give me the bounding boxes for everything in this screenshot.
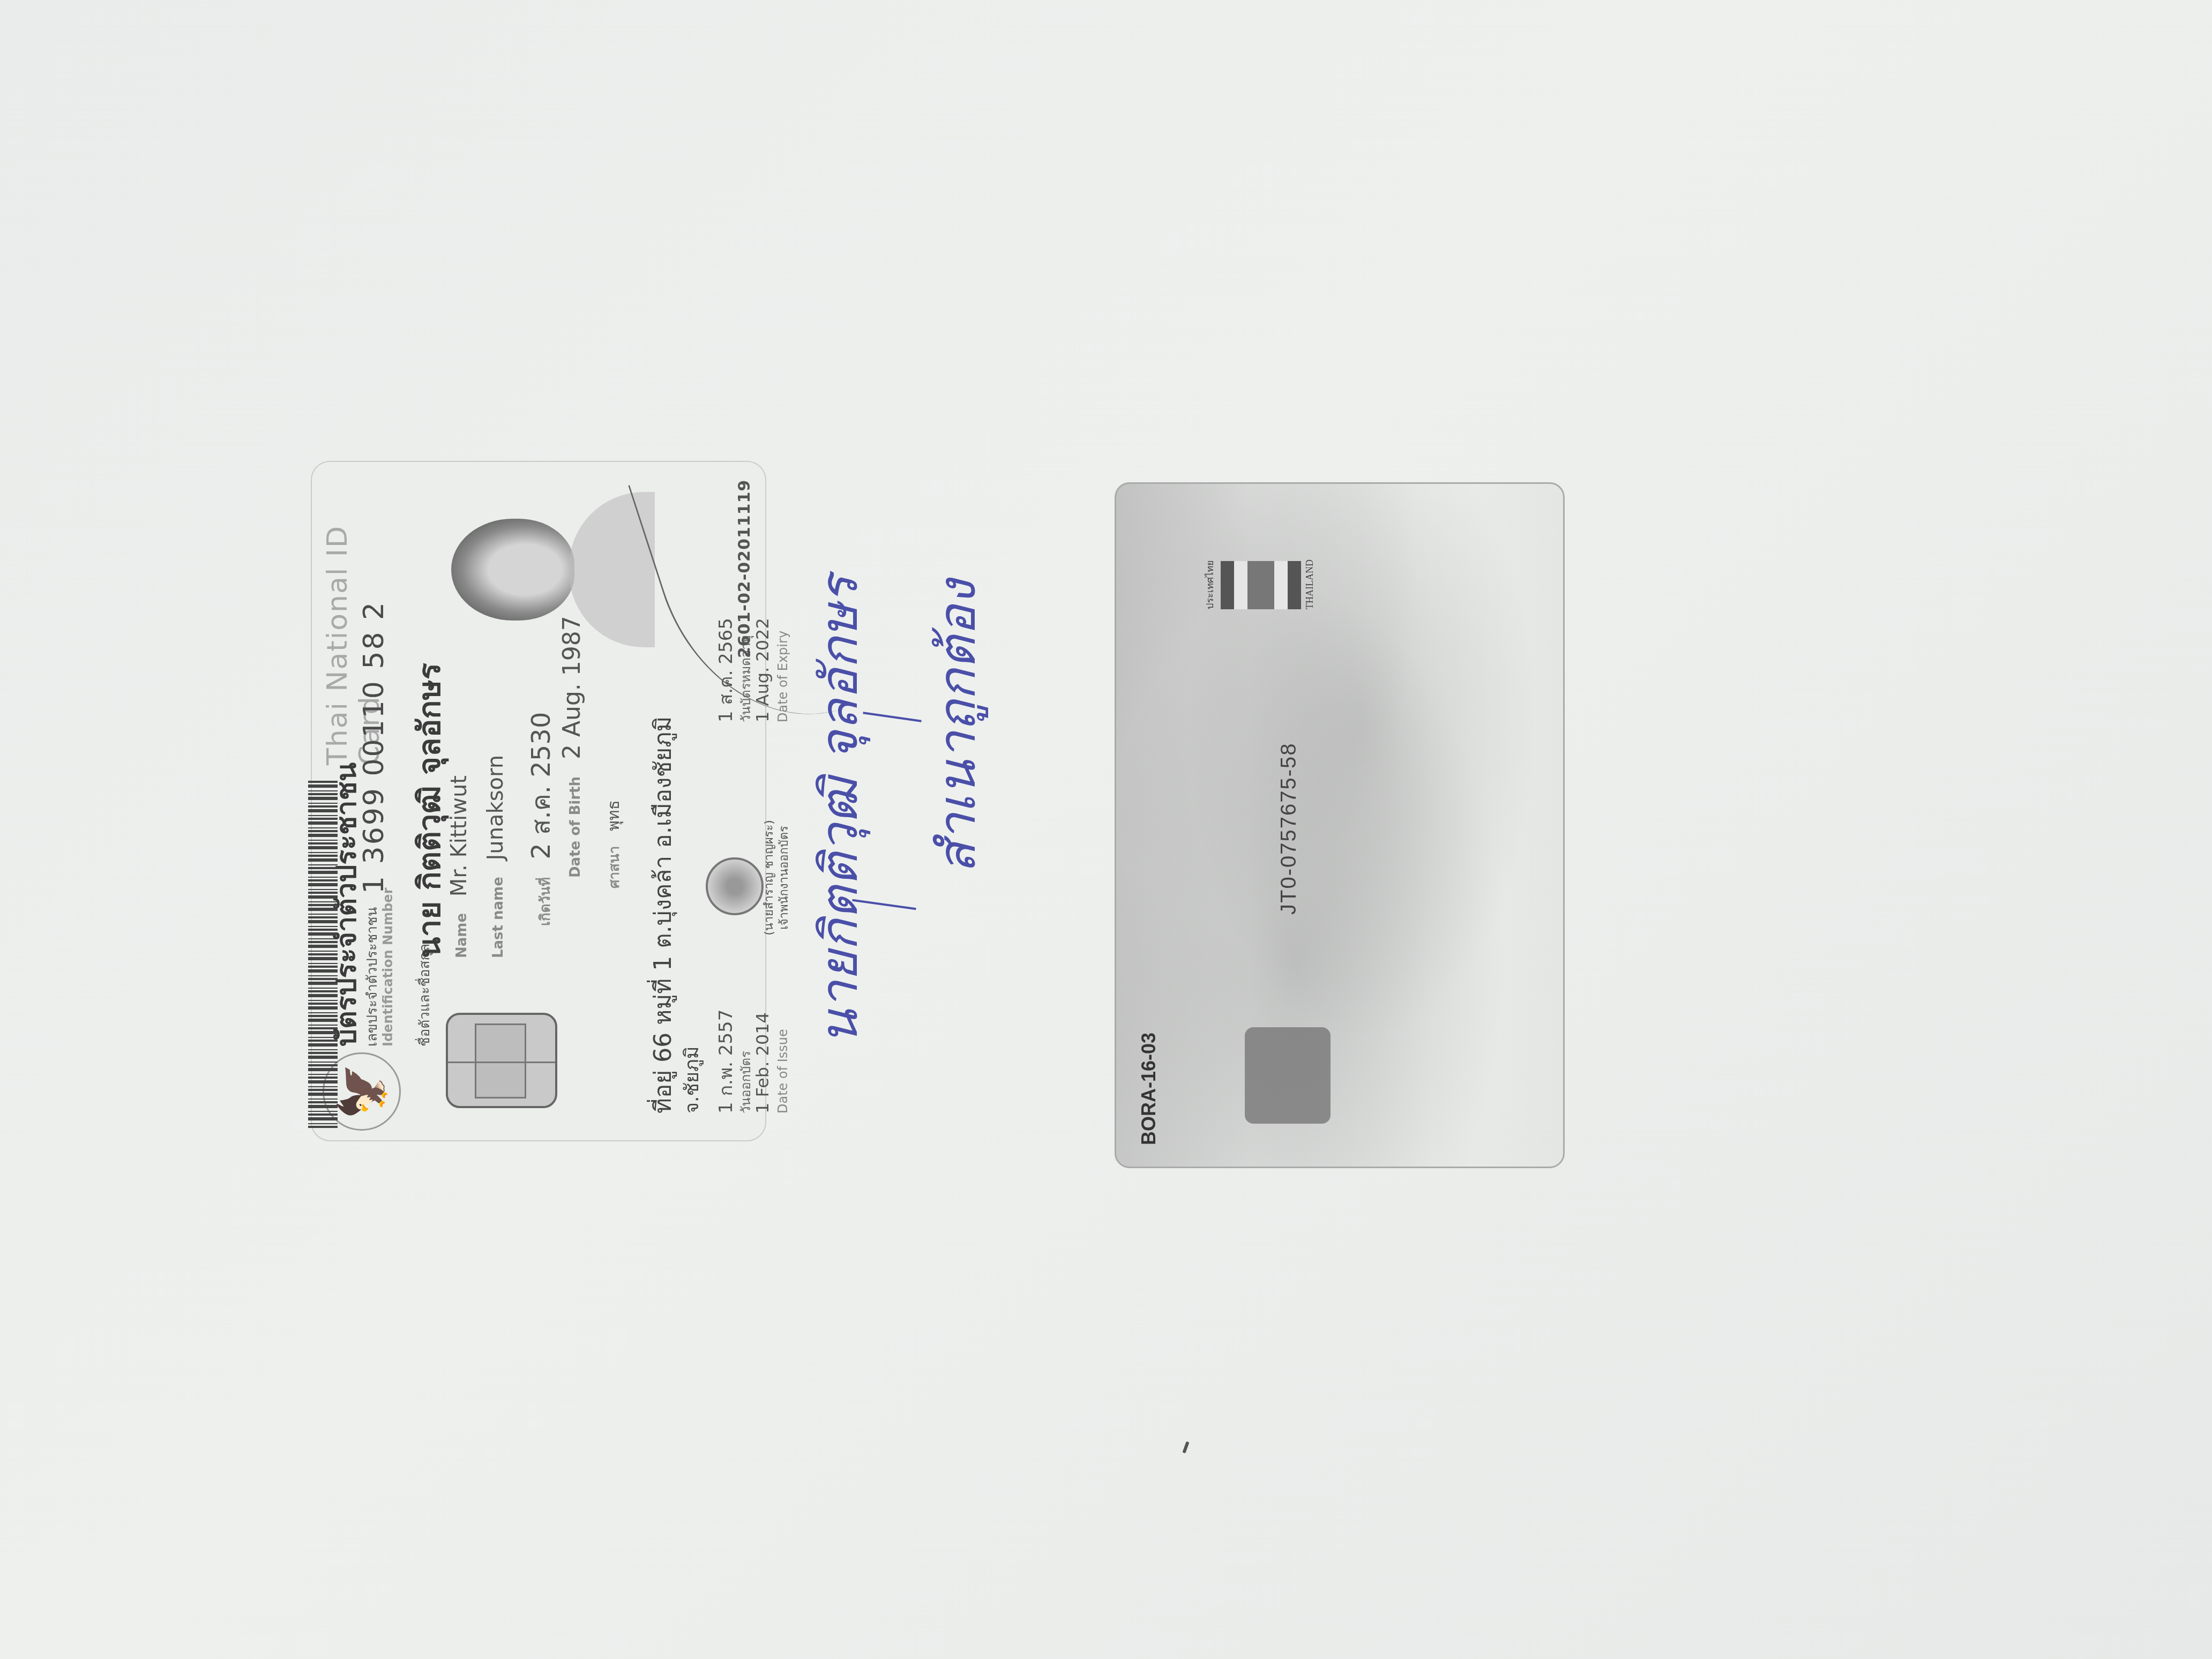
dob-thai-row: เกิดวันที่ 2 ส.ค. 2530 (521, 712, 562, 926)
flag-label-thai: ประเทศไทย (1202, 561, 1217, 609)
last-name-english: Junaksorn (483, 755, 508, 861)
handwritten-name: นายกิตติวุฒิ จุลอักษร (798, 576, 880, 1045)
flag-stripe (1234, 561, 1247, 609)
id-card-back: BORA-16-03 JT0-0757675-58 ประเทศไทย THAI… (1115, 482, 1565, 1168)
issuer-title: เจ้าพนักงานออกบัตร (777, 808, 792, 947)
flag-stripe (1288, 561, 1301, 609)
laser-code: 2601-02-02011119 (735, 480, 754, 658)
thai-flag: ประเทศไทย THAILAND (1202, 561, 1316, 609)
address-line-2: จ.ชัยภูมิ (676, 1046, 707, 1114)
paper-speck (1182, 1441, 1189, 1454)
card-serial-number: JT0-0757675-58 (1277, 742, 1301, 915)
issue-date-english: 1 Feb. 2014 (752, 1012, 773, 1114)
barcode (308, 780, 338, 1128)
name-english: Mr. Kittiwut (447, 775, 472, 896)
issuer: (นายสำราญ ชาญผระ) เจ้าพนักงานออกบัตร (762, 808, 792, 947)
issuer-name: (นายสำราญ ชาญผระ) (762, 808, 777, 947)
back-chip-area (1245, 1027, 1331, 1124)
last-name-label: Last name (490, 877, 506, 958)
flag-stripe (1221, 561, 1234, 609)
dob-label-english: Date of Birth (567, 776, 584, 878)
name-label-thai: ชื่อตัวและชื่อสกุล (414, 944, 436, 1047)
id-number-label-thai: เลขประจำตัวประชาชน (361, 907, 383, 1047)
photo-head (451, 519, 574, 621)
official-seal-icon (706, 857, 764, 915)
holder-photo (435, 481, 666, 658)
name-label-english: Name (454, 913, 470, 958)
id-card-front: 🦅 บัตรประจำตัวประชาชน Thai National ID C… (311, 461, 766, 1141)
id-card-back-body: BORA-16-03 JT0-0757675-58 ประเทศไทย THAI… (1115, 482, 1565, 1168)
issue-date-label-english: Date of Issue (775, 1029, 790, 1114)
dob-thai: 2 ส.ค. 2530 (526, 712, 556, 860)
card-batch-code: BORA-16-03 (1138, 1033, 1160, 1145)
dob-label-thai: เกิดวันที่ (537, 877, 554, 926)
flag-stripe (1247, 561, 1274, 609)
smartcard-chip-icon (446, 1013, 557, 1108)
thai-flag-icon (1221, 561, 1301, 609)
flag-label-english: THAILAND (1304, 561, 1316, 609)
id-number-label-english: Identification Number (380, 888, 395, 1047)
last-name-row: Last name Junaksorn (483, 755, 508, 958)
handwritten-certified-copy: สำเนาถูกต้อง (916, 580, 998, 873)
name-english-row: Name Mr. Kittiwut (447, 775, 472, 958)
religion-label: ศาสนา (607, 846, 623, 888)
id-number: 1 3699 00110 58 2 (358, 601, 390, 894)
flag-stripe (1274, 561, 1288, 609)
handwriting-body: นายกิตติวุฒิ จุลอักษร สำเนาถูกต้อง (793, 429, 1018, 1045)
handwritten-certification: นายกิตติวุฒิ จุลอักษร สำเนาถูกต้อง (793, 429, 1018, 1045)
id-card-front-body: 🦅 บัตรประจำตัวประชาชน Thai National ID C… (311, 461, 766, 1141)
religion-row: ศาสนา พุทธ (601, 800, 626, 888)
religion: พุทธ (604, 800, 623, 831)
